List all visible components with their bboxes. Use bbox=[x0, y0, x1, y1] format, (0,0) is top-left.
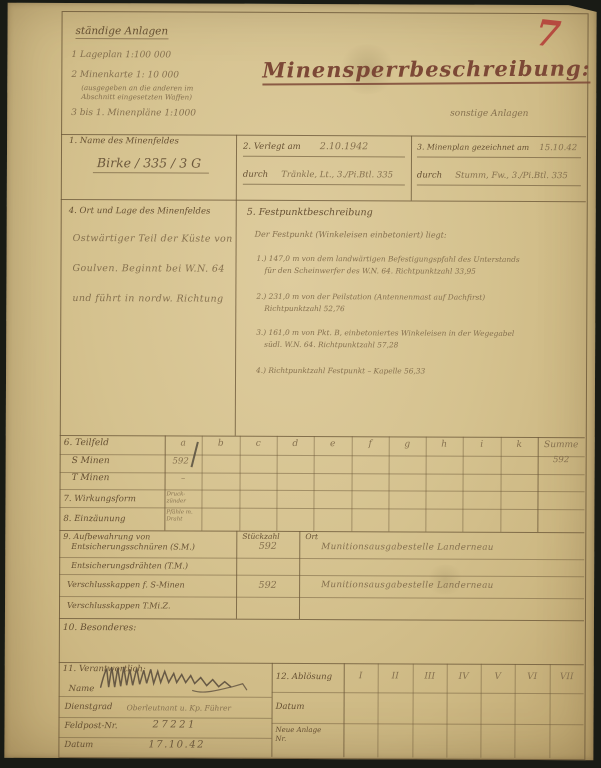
field3-durch-label: durch bbox=[417, 171, 442, 181]
table6-row-sminen-label: S Minen bbox=[72, 456, 110, 466]
abloesung-col-6: VI bbox=[515, 672, 550, 682]
section5-item1-line1: 1.) 147,0 m von dem landwärtigen Befesti… bbox=[257, 254, 520, 264]
table6-col-e: e bbox=[314, 439, 352, 449]
table6-label: 6. Teilfeld bbox=[64, 438, 109, 448]
field2-label: 2. Verlegt am bbox=[243, 142, 301, 152]
section4-label: 4. Ort und Lage des Minenfeldes bbox=[69, 206, 211, 217]
document-title: Minensperrbeschreibung: bbox=[262, 56, 590, 86]
anlagen-note-line-2: Abschnitt eingesetzten Waffen) bbox=[81, 93, 192, 101]
neue-anlage-label-line1: Neue Anlage bbox=[275, 726, 321, 734]
section5-label: 5. Festpunktbeschreibung bbox=[247, 207, 373, 219]
section9-label-line1: 9. Aufbewahrung von bbox=[63, 532, 150, 541]
table6-col-h: h bbox=[426, 440, 463, 450]
section4-text-line1: Ostwärtiger Teil der Küste von bbox=[73, 233, 233, 245]
feldpost-value: 27221 bbox=[152, 719, 196, 730]
abloesung-datum-label: Datum bbox=[276, 702, 305, 712]
anlagen-item-3: 3 bis 1. Minenpläne 1:1000 bbox=[71, 108, 196, 119]
field3-line2: durch Stumm, Fw., 3./Pi.Btl. 335 bbox=[417, 163, 581, 187]
table6-row-wirkungsform-label: 7. Wirkungsform bbox=[63, 494, 136, 504]
table6-col-k: k bbox=[501, 440, 538, 450]
section5-item1-line2: für den Scheinwerfer des W.N. 64. Richtp… bbox=[264, 266, 475, 276]
field2-value: 2.10.1942 bbox=[320, 141, 368, 152]
table6-col-b: b bbox=[202, 439, 240, 449]
table6-row-einzaeunung-label: 8. Einzäunung bbox=[63, 514, 125, 524]
table6-tminen-a-value: – bbox=[165, 473, 202, 483]
ort-header: Ort bbox=[305, 532, 318, 541]
abloesung-col-3: III bbox=[413, 671, 447, 681]
section9-row3-ort: Munitionsausgabestelle Landerneau bbox=[321, 580, 494, 591]
field2-line2: durch Tränkle, Lt., 3./Pi.Btl. 335 bbox=[243, 162, 405, 186]
section9-row3-label: Verschlusskappen f. S-Minen bbox=[67, 580, 185, 590]
field3-label: 3. Minenplan gezeichnet am bbox=[417, 143, 529, 152]
dienstgrad-label: Dienstgrad bbox=[65, 702, 113, 712]
section12-label: 12. Ablösung bbox=[276, 672, 332, 682]
neue-anlage-label-line2: Nr. bbox=[275, 735, 286, 743]
section5-item2-line2: Richtpunktzahl 52,76 bbox=[264, 304, 344, 313]
anlagen-item-1: 1 Lageplan 1:100 000 bbox=[71, 50, 171, 60]
field2-durch-value: Tränkle, Lt., 3./Pi.Btl. 335 bbox=[281, 170, 393, 180]
einzaeunung-a-value-line2: Draht bbox=[166, 516, 182, 522]
feldpost-label: Feldpost-Nr. bbox=[64, 721, 117, 731]
abloesung-col-5: V bbox=[481, 672, 515, 682]
table6-col-f: f bbox=[352, 439, 389, 449]
section9-label-line2: Entsicherungsschnüren (S.M.) bbox=[71, 542, 195, 552]
form-outer-border bbox=[58, 11, 588, 760]
scanned-document-page: ständige Anlagen 1 Lageplan 1:100 000 2 … bbox=[4, 3, 596, 761]
section4-text-line3: und führt in nordw. Richtung bbox=[72, 293, 223, 305]
table6-col-c: c bbox=[240, 439, 277, 449]
page-number-stamp: 7 bbox=[533, 12, 562, 56]
sonstige-anlagen-label: sonstige Anlagen bbox=[450, 109, 528, 119]
stueckzahl-header: Stückzahl bbox=[242, 532, 279, 541]
anlagen-item-2: 2 Minenkarte 1: 10 000 bbox=[71, 70, 179, 80]
abloesung-col-2: II bbox=[378, 671, 413, 681]
anlagen-heading: ständige Anlagen bbox=[75, 25, 168, 39]
einzaeunung-a-value-line1: Pfähle m. bbox=[166, 509, 192, 515]
section9-row4-label: Verschlusskappen T.Mi.Z. bbox=[67, 601, 171, 610]
table6-col-i: i bbox=[463, 440, 501, 450]
table6-col-g: g bbox=[389, 439, 426, 449]
name-label: Name bbox=[69, 684, 95, 694]
anlagen-note-line-1: (ausgegeben an die anderen im bbox=[81, 84, 193, 92]
abloesung-col-4: IV bbox=[447, 672, 481, 682]
wirkungsform-a-value-line2: zünder bbox=[166, 498, 185, 504]
section5-item3-line1: 3.) 161,0 m von Pkt. B, einbetoniertes W… bbox=[256, 328, 514, 338]
section9-row1-ort: Munitionsausgabestelle Landerneau bbox=[321, 542, 494, 553]
abloesung-col-1: I bbox=[344, 671, 378, 681]
datum-value: 17.10.42 bbox=[148, 739, 205, 750]
datum-label: Datum bbox=[64, 740, 93, 750]
section4-text-line2: Goulven. Beginnt bei W.N. 64 bbox=[72, 263, 224, 275]
section5-item4: 4.) Richtpunktzahl Festpunkt – Kapelle 5… bbox=[256, 366, 425, 376]
dienstgrad-value: Oberleutnant u. Kp. Führer bbox=[127, 703, 231, 712]
field3-value: 15.10.42 bbox=[539, 143, 577, 153]
section9-row3-count: 592 bbox=[236, 580, 299, 591]
table6-col-d: d bbox=[277, 439, 314, 449]
table6-sminen-summe-value: 592 bbox=[538, 455, 585, 465]
abloesung-col-7: VII bbox=[550, 672, 584, 682]
field1-value: Birke / 335 / 3 G bbox=[93, 155, 209, 174]
signature bbox=[97, 659, 252, 700]
wirkungsform-a-value-line1: Druck- bbox=[166, 491, 185, 497]
table6-row-tminen-label: T Minen bbox=[72, 473, 110, 483]
section9-row1-count: 592 bbox=[236, 541, 299, 552]
section5-item2-line1: 2.) 231,0 m von der Peilstation (Antenne… bbox=[256, 292, 485, 302]
section5-intro: Der Festpunkt (Winkeleisen einbetoniert)… bbox=[255, 230, 447, 240]
section9-row2-label: Entsicherungsdrähten (T.M.) bbox=[71, 561, 188, 571]
section10-label: 10. Besonderes: bbox=[63, 623, 136, 633]
section5-item3-line2: südl. W.N. 64. Richtpunktzahl 57,28 bbox=[264, 340, 398, 350]
field1-label: 1. Name des Minenfeldes bbox=[69, 136, 179, 146]
field2-line1: 2. Verlegt am 2.10.1942 bbox=[243, 134, 405, 158]
field3-durch-value: Stumm, Fw., 3./Pi.Btl. 335 bbox=[455, 171, 568, 181]
field2-durch-label: durch bbox=[243, 170, 268, 180]
field3-line1: 3. Minenplan gezeichnet am 15.10.42 bbox=[417, 135, 581, 159]
table6-col-summe: Summe bbox=[538, 440, 585, 450]
